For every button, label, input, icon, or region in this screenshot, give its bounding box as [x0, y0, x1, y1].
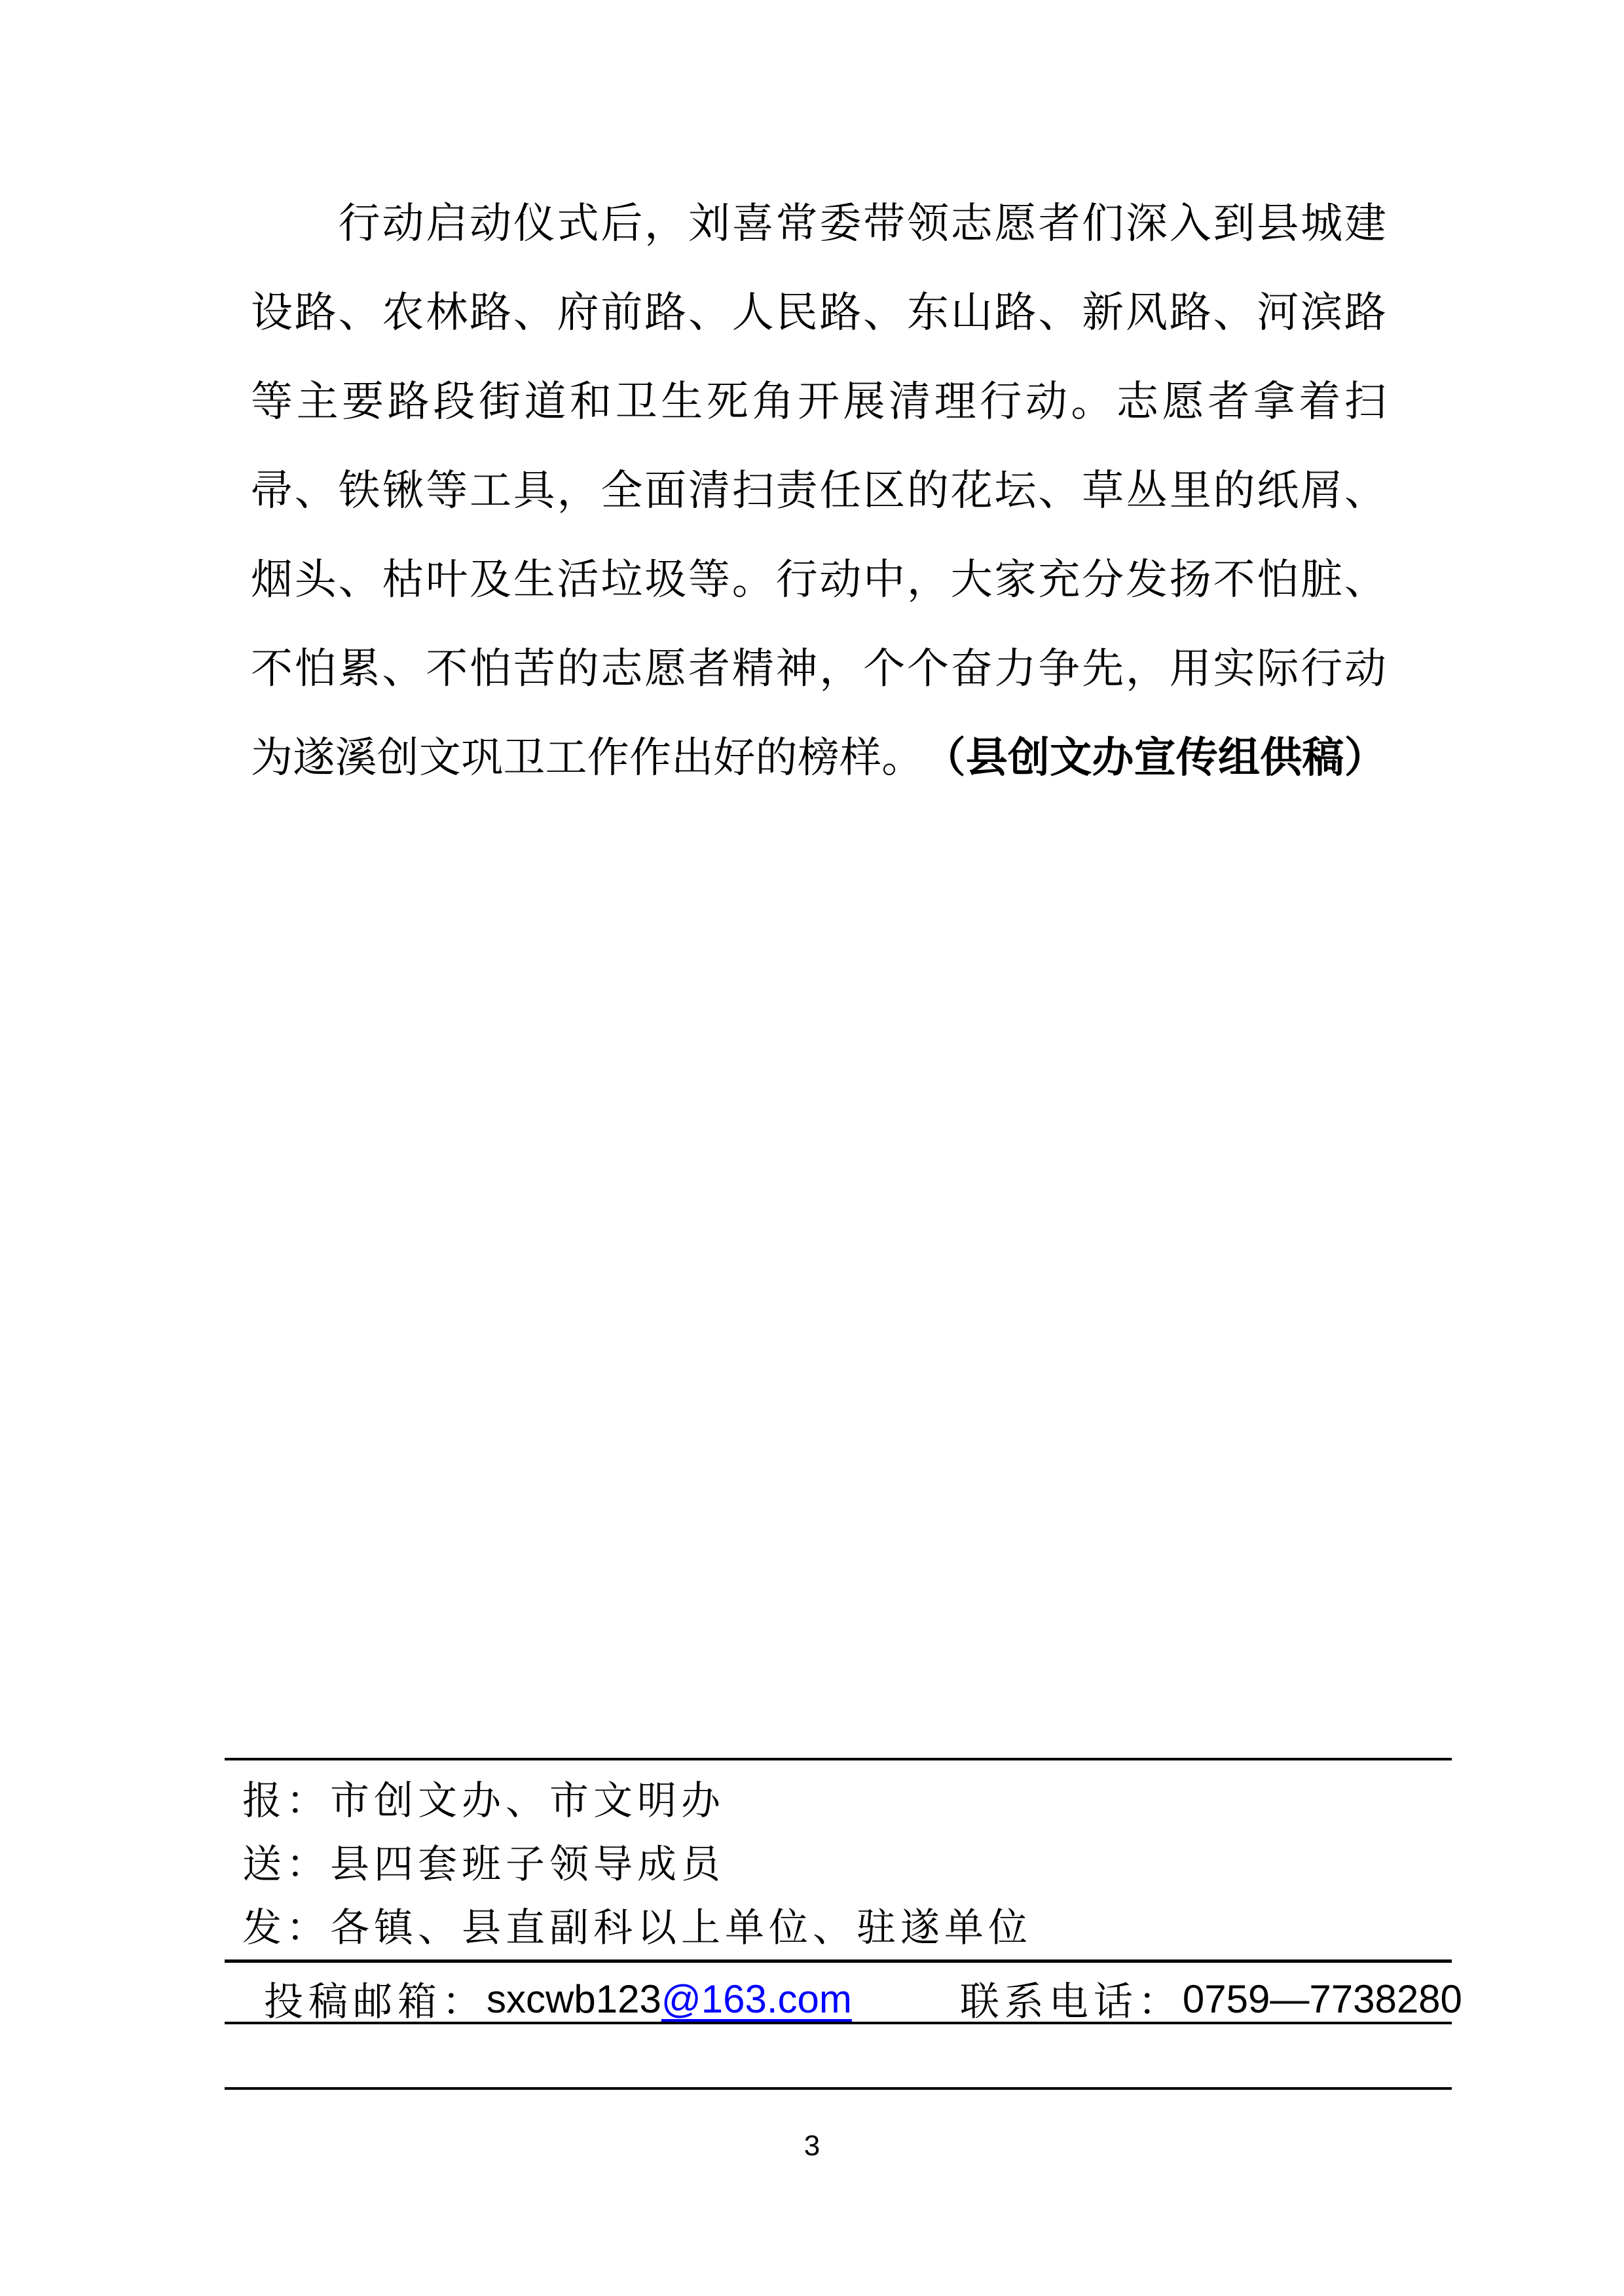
document-page: 行动启动仪式后，刘喜常委带领志愿者们深入到县城建设路、农林路、府前路、人民路、东… — [0, 0, 1624, 2296]
distribution-issue-line: 发：各镇、县直副科以上单位、驻遂单位 — [242, 1897, 1032, 1960]
body-line: 不怕累、不怕苦的志愿者精神，个个奋力争先，用实际行动 — [251, 625, 1386, 714]
phone-number: 0759—7738280 — [1183, 1977, 1462, 2022]
distribution-block: 报：市创文办、市文明办 送：县四套班子领导成员 发：各镇、县直副科以上单位、驻遂… — [242, 1770, 1032, 1960]
email-user: sxcwb123 — [487, 1977, 661, 2022]
contact-row: 投稿邮箱： sxcwb123 @163.com 联系电话： 0759—77382… — [264, 1976, 1462, 2022]
footer-separator-bottom — [225, 2087, 1452, 2090]
footer-separator-top — [225, 1758, 1452, 1760]
distribution-report-line: 报：市创文办、市文明办 — [242, 1770, 1032, 1833]
body-line: 帚、铁锹等工具，全面清扫责任区的花坛、草丛里的纸屑、 — [251, 446, 1386, 536]
distribution-send-line: 送：县四套班子领导成员 — [242, 1833, 1032, 1897]
email-link[interactable]: @163.com — [661, 1977, 852, 2022]
body-line: 等主要路段街道和卫生死角开展清理行动。志愿者拿着扫 — [251, 357, 1386, 446]
body-line: 为遂溪创文巩卫工作作出好的榜样。（县创文办宣传组供稿） — [251, 714, 1386, 803]
body-paragraph: 行动启动仪式后，刘喜常委带领志愿者们深入到县城建设路、农林路、府前路、人民路、东… — [251, 179, 1386, 803]
phone-label: 联系电话： — [960, 1971, 1183, 2027]
page-number: 3 — [0, 2130, 1624, 2162]
email-label: 投稿邮箱： — [264, 1971, 487, 2027]
body-line: 行动启动仪式后，刘喜常委带领志愿者们深入到县城建 — [251, 179, 1386, 268]
body-line: 烟头、枯叶及生活垃圾等。行动中，大家充分发扬不怕脏、 — [251, 536, 1386, 625]
body-line: 设路、农林路、府前路、人民路、东山路、新风路、河滨路 — [251, 268, 1386, 357]
